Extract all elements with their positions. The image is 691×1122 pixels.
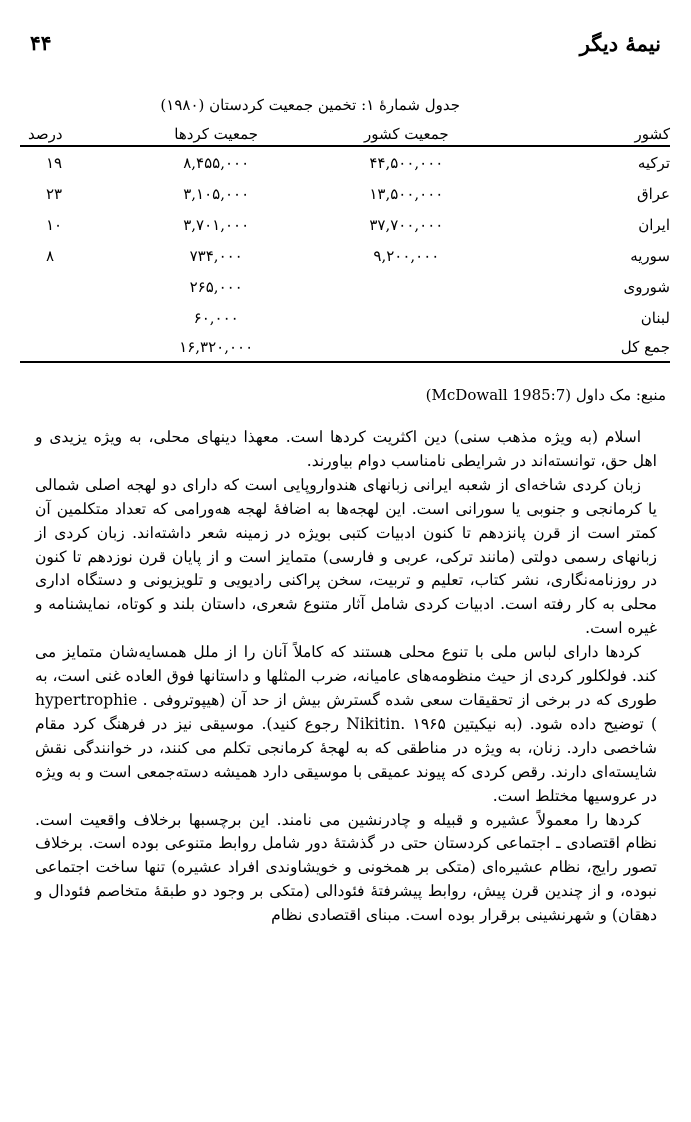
cell-country-population: ۴۴,۵۰۰,۰۰۰ [305, 146, 507, 178]
body-text: اسلام (به ویژه مذهب سنی) دین اکثریت کرده… [35, 426, 657, 928]
paragraph: زبان کردی شاخه‌ای از شعبه ایرانی زبانهای… [35, 474, 657, 641]
table-row: عراق ۱۳,۵۰۰,۰۰۰ ۳,۱۰۵,۰۰۰ ۲۳ [20, 178, 670, 209]
cell-percent: ۸ [20, 240, 127, 271]
header-kurdish-population: جمعیت کردها [127, 121, 305, 146]
paragraph: کردها دارای لباس ملی با تنوع محلی هستند … [35, 641, 657, 808]
book-page: ۴۴ نیمهٔ دیگر جدول شمارهٔ ۱: تخمین جمعیت… [0, 0, 691, 1122]
book-title: نیمهٔ دیگر [580, 31, 661, 56]
cell-country: ترکیه [507, 146, 670, 178]
paragraph: کردها را معمولاً عشیره و قبیله و چادرنشی… [35, 809, 657, 929]
cell-country-population: ۹,۲۰۰,۰۰۰ [305, 240, 507, 271]
header-percent: درصد [20, 121, 127, 146]
table-source: منبع: مک داول (McDowall 1985:7) [426, 386, 666, 404]
table-row: شوروی ۲۶۵,۰۰۰ [20, 271, 670, 302]
table-row: لبنان ۶۰,۰۰۰ [20, 302, 670, 333]
header-country: کشور [507, 121, 670, 146]
cell-percent [20, 271, 127, 302]
cell-country: ایران [507, 209, 670, 240]
cell-country: سوریه [507, 240, 670, 271]
cell-kurdish-population: ۳,۱۰۵,۰۰۰ [127, 178, 305, 209]
population-table: کشور جمعیت کشور جمعیت کردها درصد ترکیه ۴… [20, 121, 670, 363]
cell-country-population [305, 302, 507, 333]
cell-percent [20, 302, 127, 333]
table-row: ایران ۳۷,۷۰۰,۰۰۰ ۳,۷۰۱,۰۰۰ ۱۰ [20, 209, 670, 240]
header-country-population: جمعیت کشور [305, 121, 507, 146]
cell-country-population [305, 333, 507, 362]
page-number: ۴۴ [30, 31, 51, 55]
table-total-row: جمع کل ۱۶,۳۲۰,۰۰۰ [20, 333, 670, 362]
cell-kurdish-population: ۶۰,۰۰۰ [127, 302, 305, 333]
cell-country: عراق [507, 178, 670, 209]
cell-country: جمع کل [507, 333, 670, 362]
cell-kurdish-population: ۸,۴۵۵,۰۰۰ [127, 146, 305, 178]
cell-percent [20, 333, 127, 362]
running-head: ۴۴ نیمهٔ دیگر [30, 28, 661, 58]
table-row: سوریه ۹,۲۰۰,۰۰۰ ۷۳۴,۰۰۰ ۸ [20, 240, 670, 271]
table-header-row: کشور جمعیت کشور جمعیت کردها درصد [20, 121, 670, 146]
cell-kurdish-population: ۱۶,۳۲۰,۰۰۰ [127, 333, 305, 362]
table-caption: جدول شمارهٔ ۱: تخمین جمعیت کردستان (۱۹۸۰… [110, 96, 460, 114]
cell-country-population: ۱۳,۵۰۰,۰۰۰ [305, 178, 507, 209]
cell-kurdish-population: ۷۳۴,۰۰۰ [127, 240, 305, 271]
cell-kurdish-population: ۲۶۵,۰۰۰ [127, 271, 305, 302]
paragraph: اسلام (به ویژه مذهب سنی) دین اکثریت کرده… [35, 426, 657, 474]
cell-percent: ۱۰ [20, 209, 127, 240]
cell-country: لبنان [507, 302, 670, 333]
cell-country-population [305, 271, 507, 302]
cell-percent: ۱۹ [20, 146, 127, 178]
table-row: ترکیه ۴۴,۵۰۰,۰۰۰ ۸,۴۵۵,۰۰۰ ۱۹ [20, 146, 670, 178]
cell-country-population: ۳۷,۷۰۰,۰۰۰ [305, 209, 507, 240]
cell-kurdish-population: ۳,۷۰۱,۰۰۰ [127, 209, 305, 240]
cell-country: شوروی [507, 271, 670, 302]
cell-percent: ۲۳ [20, 178, 127, 209]
